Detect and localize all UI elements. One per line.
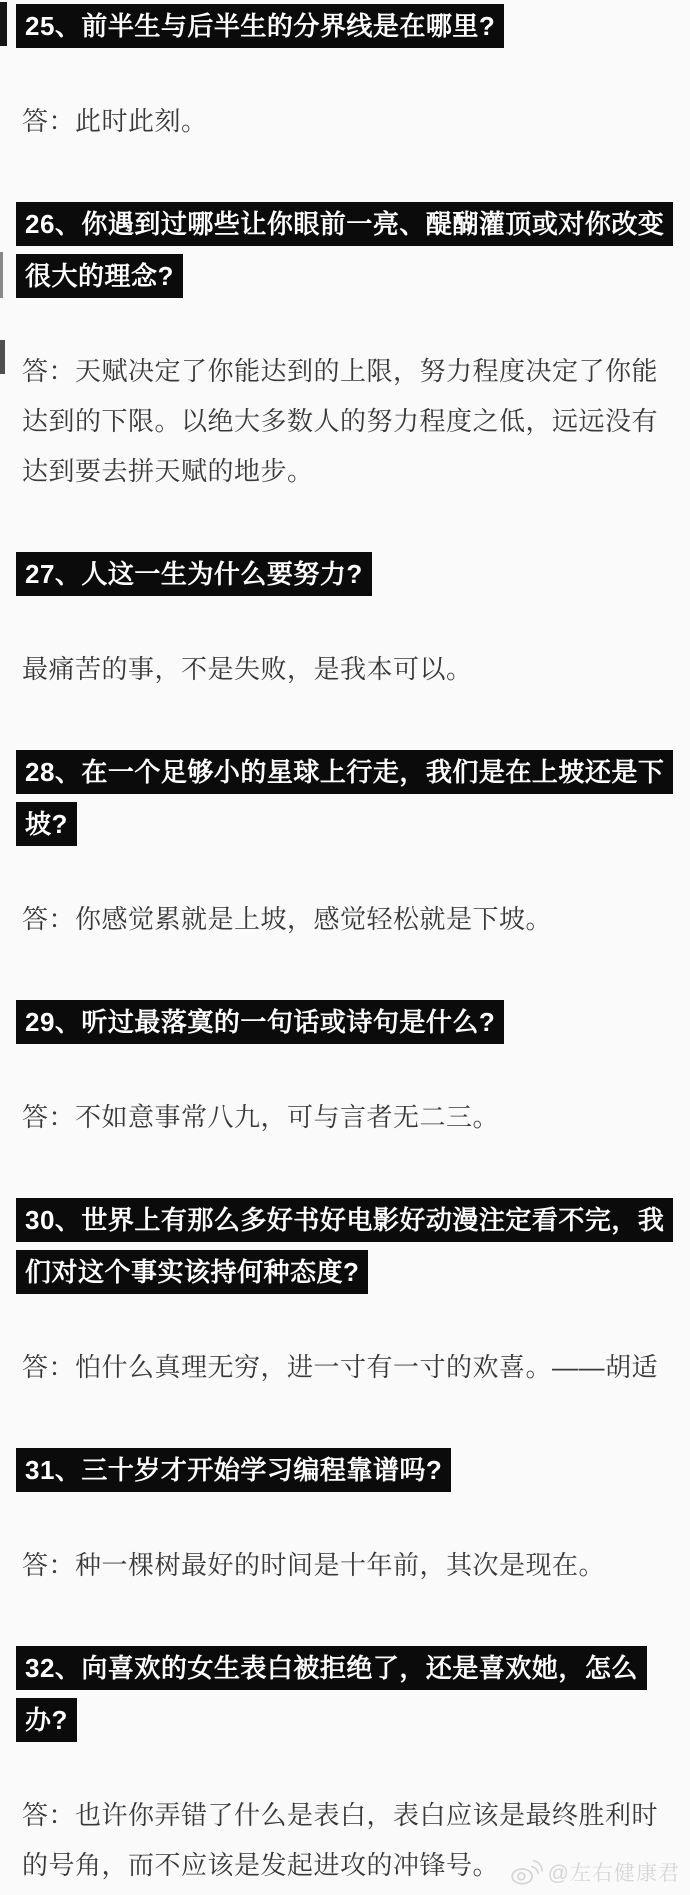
photo-edge-artifact (0, 252, 3, 298)
qa-section-26: 26、你遇到过哪些让你眼前一亮、醍醐灌顶或对你改变很大的理念? 答：天赋决定了你… (16, 198, 674, 496)
qa-section-30: 30、世界上有那么多好书好电影好动漫注定看不完，我们对这个事实该持何种态度? 答… (16, 1194, 674, 1392)
question-bar: 30、世界上有那么多好书好电影好动漫注定看不完，我们对这个事实该持何种态度? (16, 1194, 674, 1298)
photo-edge-artifact (0, 2, 7, 46)
answer-text: 答：怕什么真理无穷，进一寸有一寸的欢喜。——胡适 (22, 1342, 672, 1392)
question-text: 32、向喜欢的女生表白被拒绝了，还是喜欢她，怎么办? (16, 1646, 647, 1742)
qa-page: 25、前半生与后半生的分界线是在哪里? 答：此时此刻。 26、你遇到过哪些让你眼… (0, 0, 690, 1895)
question-bar: 32、向喜欢的女生表白被拒绝了，还是喜欢她，怎么办? (16, 1642, 674, 1746)
question-bar: 28、在一个足够小的星球上行走，我们是在上坡还是下坡? (16, 746, 674, 850)
question-text: 28、在一个足够小的星球上行走，我们是在上坡还是下坡? (16, 750, 673, 846)
watermark-handle: @左右健康君 (548, 1857, 680, 1887)
answer-text: 答：种一棵树最好的时间是十年前，其次是现在。 (22, 1540, 672, 1590)
photo-edge-artifact (0, 340, 5, 374)
answer-text: 答：不如意事常八九，可与言者无二三。 (22, 1092, 672, 1142)
question-text: 26、你遇到过哪些让你眼前一亮、醍醐灌顶或对你改变很大的理念? (16, 202, 673, 298)
watermark: @左右健康君 (510, 1857, 680, 1887)
question-bar: 25、前半生与后半生的分界线是在哪里? (16, 0, 674, 52)
question-text: 25、前半生与后半生的分界线是在哪里? (16, 4, 504, 48)
answer-text: 答：你感觉累就是上坡，感觉轻松就是下坡。 (22, 894, 672, 944)
question-text: 31、三十岁才开始学习编程靠谱吗? (16, 1448, 451, 1492)
answer-text: 最痛苦的事，不是失败，是我本可以。 (22, 644, 672, 694)
qa-section-27: 27、人这一生为什么要努力? 最痛苦的事，不是失败，是我本可以。 (16, 548, 674, 694)
qa-section-29: 29、听过最落寞的一句话或诗句是什么? 答：不如意事常八九，可与言者无二三。 (16, 996, 674, 1142)
answer-text: 答：此时此刻。 (22, 96, 672, 146)
qa-section-32: 32、向喜欢的女生表白被拒绝了，还是喜欢她，怎么办? 答：也许你弄错了什么是表白… (16, 1642, 674, 1890)
weibo-icon (510, 1858, 543, 1886)
qa-section-25: 25、前半生与后半生的分界线是在哪里? 答：此时此刻。 (16, 0, 674, 146)
question-bar: 31、三十岁才开始学习编程靠谱吗? (16, 1444, 674, 1496)
answer-text: 答：天赋决定了你能达到的上限，努力程度决定了你能达到的下限。以绝大多数人的努力程… (22, 346, 672, 496)
question-text: 29、听过最落寞的一句话或诗句是什么? (16, 1000, 504, 1044)
question-bar: 27、人这一生为什么要努力? (16, 548, 674, 600)
question-text: 27、人这一生为什么要努力? (16, 552, 372, 596)
question-bar: 29、听过最落寞的一句话或诗句是什么? (16, 996, 674, 1048)
question-text: 30、世界上有那么多好书好电影好动漫注定看不完，我们对这个事实该持何种态度? (16, 1198, 673, 1294)
qa-section-28: 28、在一个足够小的星球上行走，我们是在上坡还是下坡? 答：你感觉累就是上坡，感… (16, 746, 674, 944)
qa-section-31: 31、三十岁才开始学习编程靠谱吗? 答：种一棵树最好的时间是十年前，其次是现在。 (16, 1444, 674, 1590)
question-bar: 26、你遇到过哪些让你眼前一亮、醍醐灌顶或对你改变很大的理念? (16, 198, 674, 302)
